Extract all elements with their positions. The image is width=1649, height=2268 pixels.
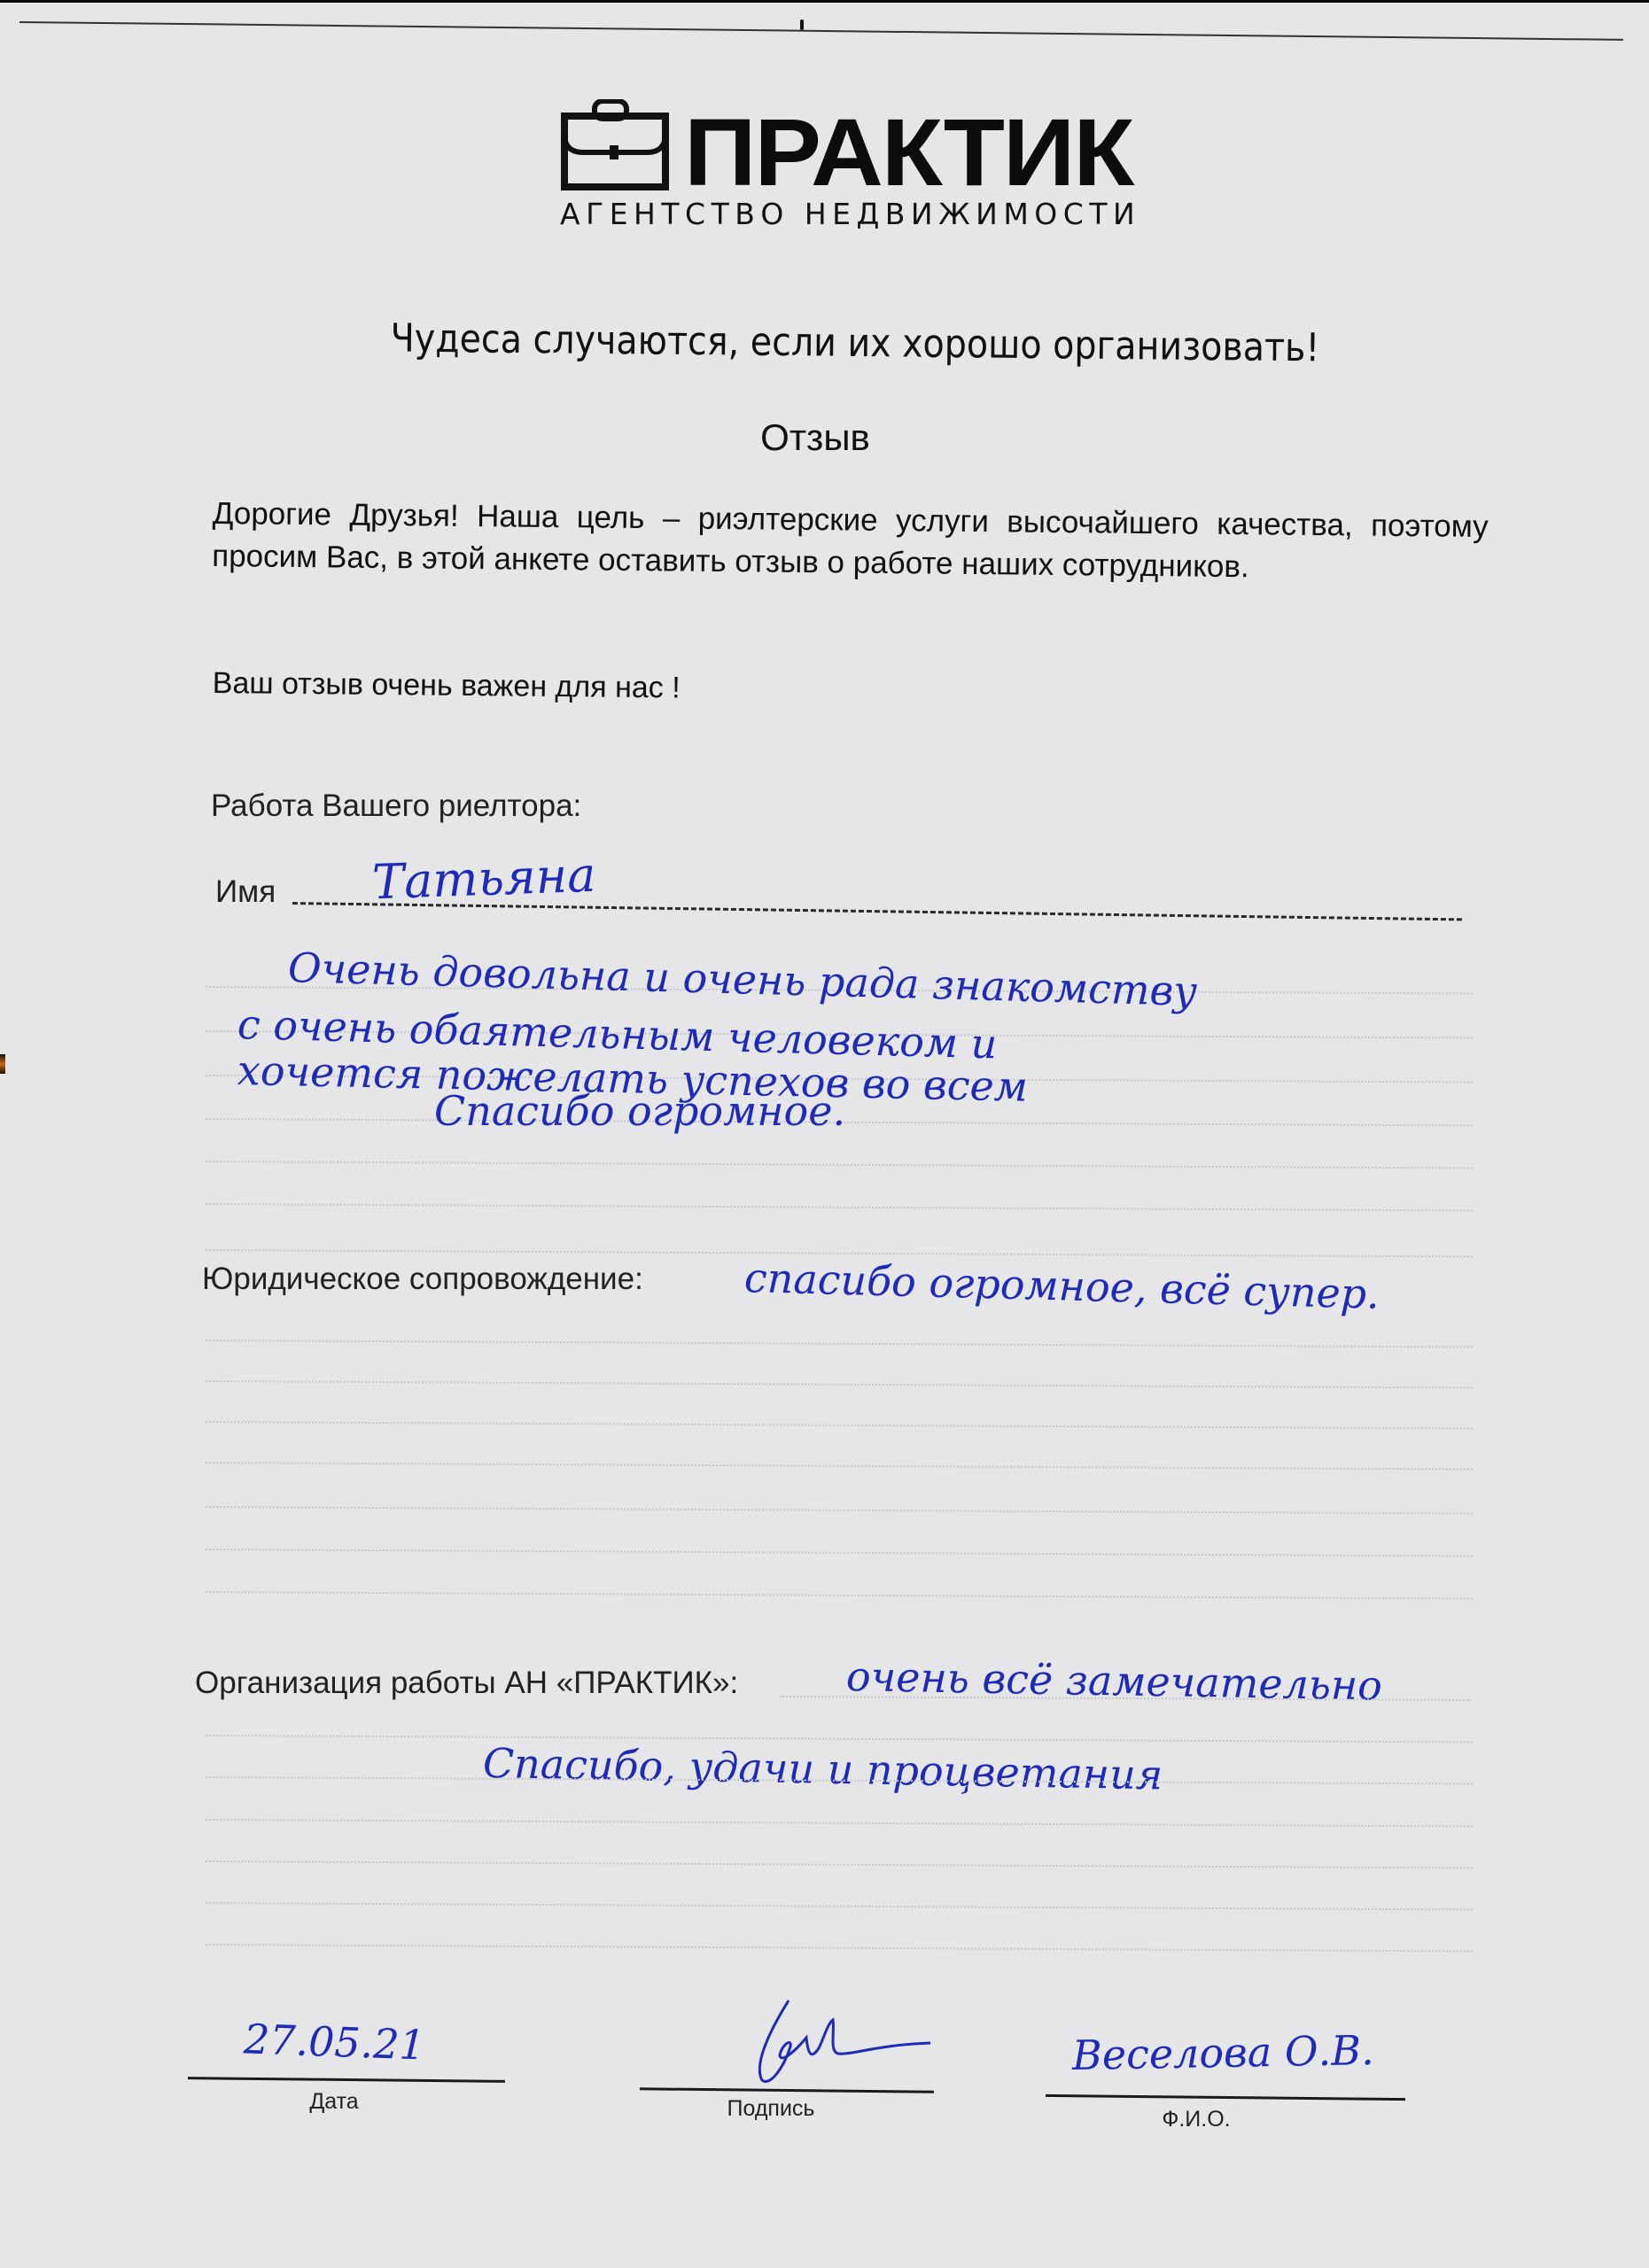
ruled-line: [206, 1944, 1473, 1952]
ruled-line: [206, 1340, 1473, 1348]
ruled-line: [206, 1421, 1473, 1429]
brand-subtitle: АГЕНТСТВО НЕДВИЖИМОСТИ: [560, 197, 1154, 231]
ruled-line: [206, 1902, 1473, 1910]
ruled-line: [206, 1380, 1473, 1388]
organization-section-label: Организация работы АН «ПРАКТИК»:: [195, 1666, 738, 1701]
signature-label: Подпись: [709, 2096, 833, 2122]
scan-mark: [800, 19, 804, 30]
fio-label: Ф.И.О.: [1152, 2107, 1241, 2132]
signature-mark: [727, 1993, 939, 2091]
scan-border: [0, 0, 1649, 3]
intro-text: Дорогие Друзья! Наша цель – риэлтерские …: [212, 493, 1489, 591]
slogan: Чудеса случаются, если их хорошо организ…: [270, 315, 1440, 372]
organization-review-line[interactable]: очень всё замечательно: [845, 1648, 1382, 1714]
review-line: Спасибо огромное.: [434, 1083, 845, 1139]
realtor-section-label: Работа Вашего риелтора:: [211, 788, 581, 824]
ruled-line: [206, 1860, 1473, 1868]
company-logo: ПРАКТИК АГЕНТСТВО НЕДВИЖИМОСТИ: [560, 99, 1163, 232]
important-note: Ваш отзыв очень важен для нас !: [213, 666, 681, 706]
date-line: [188, 2077, 505, 2083]
ruled-line: [206, 1462, 1473, 1470]
date-label: Дата: [285, 2089, 383, 2115]
brand-name: ПРАКТИК: [684, 108, 1132, 197]
paper-edge: [19, 21, 1623, 41]
ruled-line: [206, 1506, 1473, 1514]
ruled-line: [206, 1161, 1473, 1169]
legal-review[interactable]: спасибо огромное, всё супер.: [743, 1249, 1380, 1323]
ruled-line: [206, 1591, 1473, 1599]
page-title: Отзыв: [709, 416, 922, 459]
ruled-line: [206, 1203, 1473, 1211]
legal-section-label: Юридическое сопровождение:: [202, 1262, 643, 1297]
ruled-line: [206, 1819, 1473, 1827]
scan-mark: [0, 1054, 5, 1074]
ruled-line: [206, 1549, 1473, 1557]
organization-review-line[interactable]: Спасибо, удачи и процветания: [482, 1735, 1163, 1803]
fio-value: Веселова О.В.: [1072, 2026, 1374, 2079]
name-label: Имя: [215, 874, 276, 910]
fio-line: [1046, 2094, 1405, 2101]
briefcase-icon: [560, 99, 670, 191]
date-value: 27.05.21: [243, 2015, 426, 2069]
name-field[interactable]: Татьяна: [371, 847, 596, 911]
